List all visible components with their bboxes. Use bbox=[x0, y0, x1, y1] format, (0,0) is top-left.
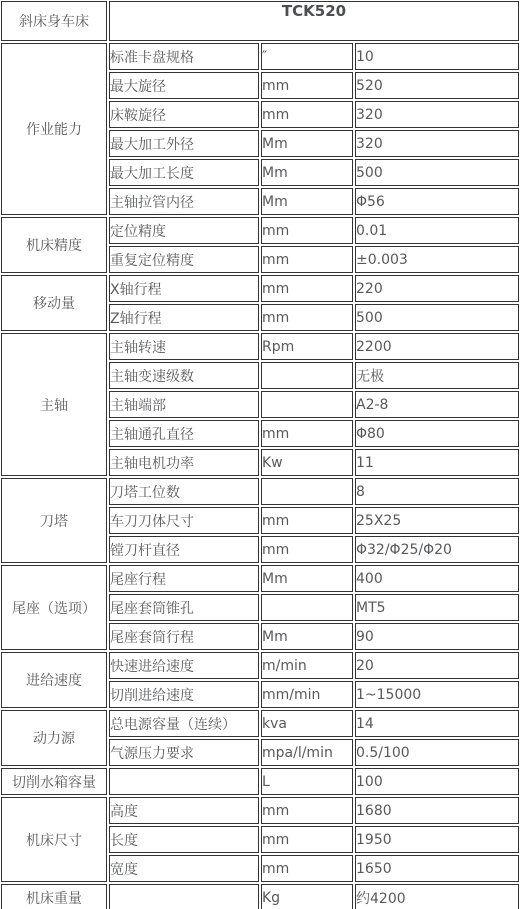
category-cell: 移动量 bbox=[1, 275, 107, 331]
category-cell: 机床精度 bbox=[1, 217, 107, 273]
value-cell: 8 bbox=[355, 478, 519, 505]
param-cell: X轴行程 bbox=[109, 275, 259, 302]
model-title: TCK520 bbox=[109, 1, 519, 41]
value-cell: 500 bbox=[355, 304, 519, 331]
category-cell: 切削水箱容量 bbox=[1, 768, 107, 795]
unit-cell: mm bbox=[261, 101, 353, 128]
value-cell: 0.01 bbox=[355, 217, 519, 244]
value-cell: 11 bbox=[355, 449, 519, 476]
param-cell: 刀塔工位数 bbox=[109, 478, 259, 505]
unit-cell: Mm bbox=[261, 565, 353, 592]
unit-cell: Kw bbox=[261, 449, 353, 476]
spec-table-body: 作业能力标准卡盘规格″10最大旋径mm520床鞍旋径mm320最大加工外径Mm3… bbox=[1, 43, 519, 909]
unit-cell bbox=[261, 391, 353, 418]
table-header-row: 斜床身车床 TCK520 bbox=[1, 1, 519, 41]
unit-cell: L bbox=[261, 768, 353, 795]
value-cell: 14 bbox=[355, 710, 519, 737]
param-cell: 床鞍旋径 bbox=[109, 101, 259, 128]
table-row: 切削水箱容量L100 bbox=[1, 768, 519, 795]
machine-type-title: 斜床身车床 bbox=[1, 1, 107, 41]
table-row: 动力源总电源容量（连续）kva14 bbox=[1, 710, 519, 737]
category-cell: 刀塔 bbox=[1, 478, 107, 563]
unit-cell: mm bbox=[261, 72, 353, 99]
value-cell: 25X25 bbox=[355, 507, 519, 534]
table-row: 移动量X轴行程mm220 bbox=[1, 275, 519, 302]
value-cell: ±0.003 bbox=[355, 246, 519, 273]
param-cell: 尾座套筒锥孔 bbox=[109, 594, 259, 621]
value-cell: 500 bbox=[355, 159, 519, 186]
unit-cell: Mm bbox=[261, 623, 353, 650]
unit-cell: ″ bbox=[261, 43, 353, 70]
value-cell: 20 bbox=[355, 652, 519, 679]
param-cell: Z轴行程 bbox=[109, 304, 259, 331]
param-cell: 车刀刀体尺寸 bbox=[109, 507, 259, 534]
unit-cell: mm bbox=[261, 275, 353, 302]
value-cell: 1650 bbox=[355, 855, 519, 882]
category-cell: 作业能力 bbox=[1, 43, 107, 215]
category-cell: 主轴 bbox=[1, 333, 107, 476]
value-cell: Φ32/Φ25/Φ20 bbox=[355, 536, 519, 563]
table-row: 主轴主轴转速Rpm2200 bbox=[1, 333, 519, 360]
unit-cell: mm bbox=[261, 304, 353, 331]
category-cell: 机床尺寸 bbox=[1, 797, 107, 882]
table-row: 刀塔刀塔工位数8 bbox=[1, 478, 519, 505]
table-row: 机床重量Kg约4200 bbox=[1, 884, 519, 909]
value-cell: 无极 bbox=[355, 362, 519, 389]
param-cell: 总电源容量（连续） bbox=[109, 710, 259, 737]
table-row: 机床尺寸高度mm1680 bbox=[1, 797, 519, 824]
param-cell: 最大旋径 bbox=[109, 72, 259, 99]
unit-cell: mm bbox=[261, 797, 353, 824]
value-cell: 100 bbox=[355, 768, 519, 795]
table-row: 作业能力标准卡盘规格″10 bbox=[1, 43, 519, 70]
unit-cell: mm bbox=[261, 507, 353, 534]
param-cell: 气源压力要求 bbox=[109, 739, 259, 766]
param-cell: 标准卡盘规格 bbox=[109, 43, 259, 70]
param-cell: 尾座套筒行程 bbox=[109, 623, 259, 650]
value-cell: 320 bbox=[355, 101, 519, 128]
unit-cell: mm bbox=[261, 217, 353, 244]
value-cell: A2-8 bbox=[355, 391, 519, 418]
unit-cell: mm bbox=[261, 420, 353, 447]
unit-cell: mpa/l/min bbox=[261, 739, 353, 766]
unit-cell: mm bbox=[261, 246, 353, 273]
param-cell: 宽度 bbox=[109, 855, 259, 882]
value-cell: 1~15000 bbox=[355, 681, 519, 708]
param-cell: 最大加工外径 bbox=[109, 130, 259, 157]
value-cell: 520 bbox=[355, 72, 519, 99]
spec-table: 斜床身车床 TCK520 作业能力标准卡盘规格″10最大旋径mm520床鞍旋径m… bbox=[0, 0, 521, 909]
value-cell: 约4200 bbox=[355, 884, 519, 909]
value-cell: 400 bbox=[355, 565, 519, 592]
category-cell: 尾座（选项） bbox=[1, 565, 107, 650]
unit-cell: mm bbox=[261, 536, 353, 563]
unit-cell: mm/min bbox=[261, 681, 353, 708]
param-cell: 主轴拉管内径 bbox=[109, 188, 259, 215]
spec-sheet-page: 斜床身车床 TCK520 作业能力标准卡盘规格″10最大旋径mm520床鞍旋径m… bbox=[0, 0, 522, 909]
value-cell: 10 bbox=[355, 43, 519, 70]
value-cell: 320 bbox=[355, 130, 519, 157]
param-cell: 最大加工长度 bbox=[109, 159, 259, 186]
unit-cell: Mm bbox=[261, 159, 353, 186]
unit-cell: kva bbox=[261, 710, 353, 737]
category-cell: 进给速度 bbox=[1, 652, 107, 708]
unit-cell: mm bbox=[261, 826, 353, 853]
param-cell: 主轴电机功率 bbox=[109, 449, 259, 476]
value-cell: MT5 bbox=[355, 594, 519, 621]
param-cell: 切削进给速度 bbox=[109, 681, 259, 708]
unit-cell: Mm bbox=[261, 130, 353, 157]
param-cell bbox=[109, 884, 259, 909]
unit-cell bbox=[261, 594, 353, 621]
param-cell: 主轴端部 bbox=[109, 391, 259, 418]
param-cell: 主轴通孔直径 bbox=[109, 420, 259, 447]
table-row: 尾座（选项）尾座行程Mm400 bbox=[1, 565, 519, 592]
unit-cell bbox=[261, 362, 353, 389]
value-cell: Φ56 bbox=[355, 188, 519, 215]
param-cell: 高度 bbox=[109, 797, 259, 824]
unit-cell: Kg bbox=[261, 884, 353, 909]
param-cell: 重复定位精度 bbox=[109, 246, 259, 273]
category-cell: 动力源 bbox=[1, 710, 107, 766]
value-cell: Φ80 bbox=[355, 420, 519, 447]
category-cell: 机床重量 bbox=[1, 884, 107, 909]
value-cell: 1680 bbox=[355, 797, 519, 824]
table-row: 机床精度定位精度mm0.01 bbox=[1, 217, 519, 244]
param-cell bbox=[109, 768, 259, 795]
value-cell: 2200 bbox=[355, 333, 519, 360]
param-cell: 尾座行程 bbox=[109, 565, 259, 592]
param-cell: 镗刀杆直径 bbox=[109, 536, 259, 563]
value-cell: 90 bbox=[355, 623, 519, 650]
param-cell: 快速进给速度 bbox=[109, 652, 259, 679]
unit-cell: Mm bbox=[261, 188, 353, 215]
param-cell: 主轴转速 bbox=[109, 333, 259, 360]
unit-cell: Rpm bbox=[261, 333, 353, 360]
param-cell: 定位精度 bbox=[109, 217, 259, 244]
value-cell: 1950 bbox=[355, 826, 519, 853]
unit-cell: m/min bbox=[261, 652, 353, 679]
param-cell: 主轴变速级数 bbox=[109, 362, 259, 389]
unit-cell bbox=[261, 478, 353, 505]
value-cell: 220 bbox=[355, 275, 519, 302]
value-cell: 0.5/100 bbox=[355, 739, 519, 766]
unit-cell: mm bbox=[261, 855, 353, 882]
param-cell: 长度 bbox=[109, 826, 259, 853]
table-row: 进给速度快速进给速度m/min20 bbox=[1, 652, 519, 679]
